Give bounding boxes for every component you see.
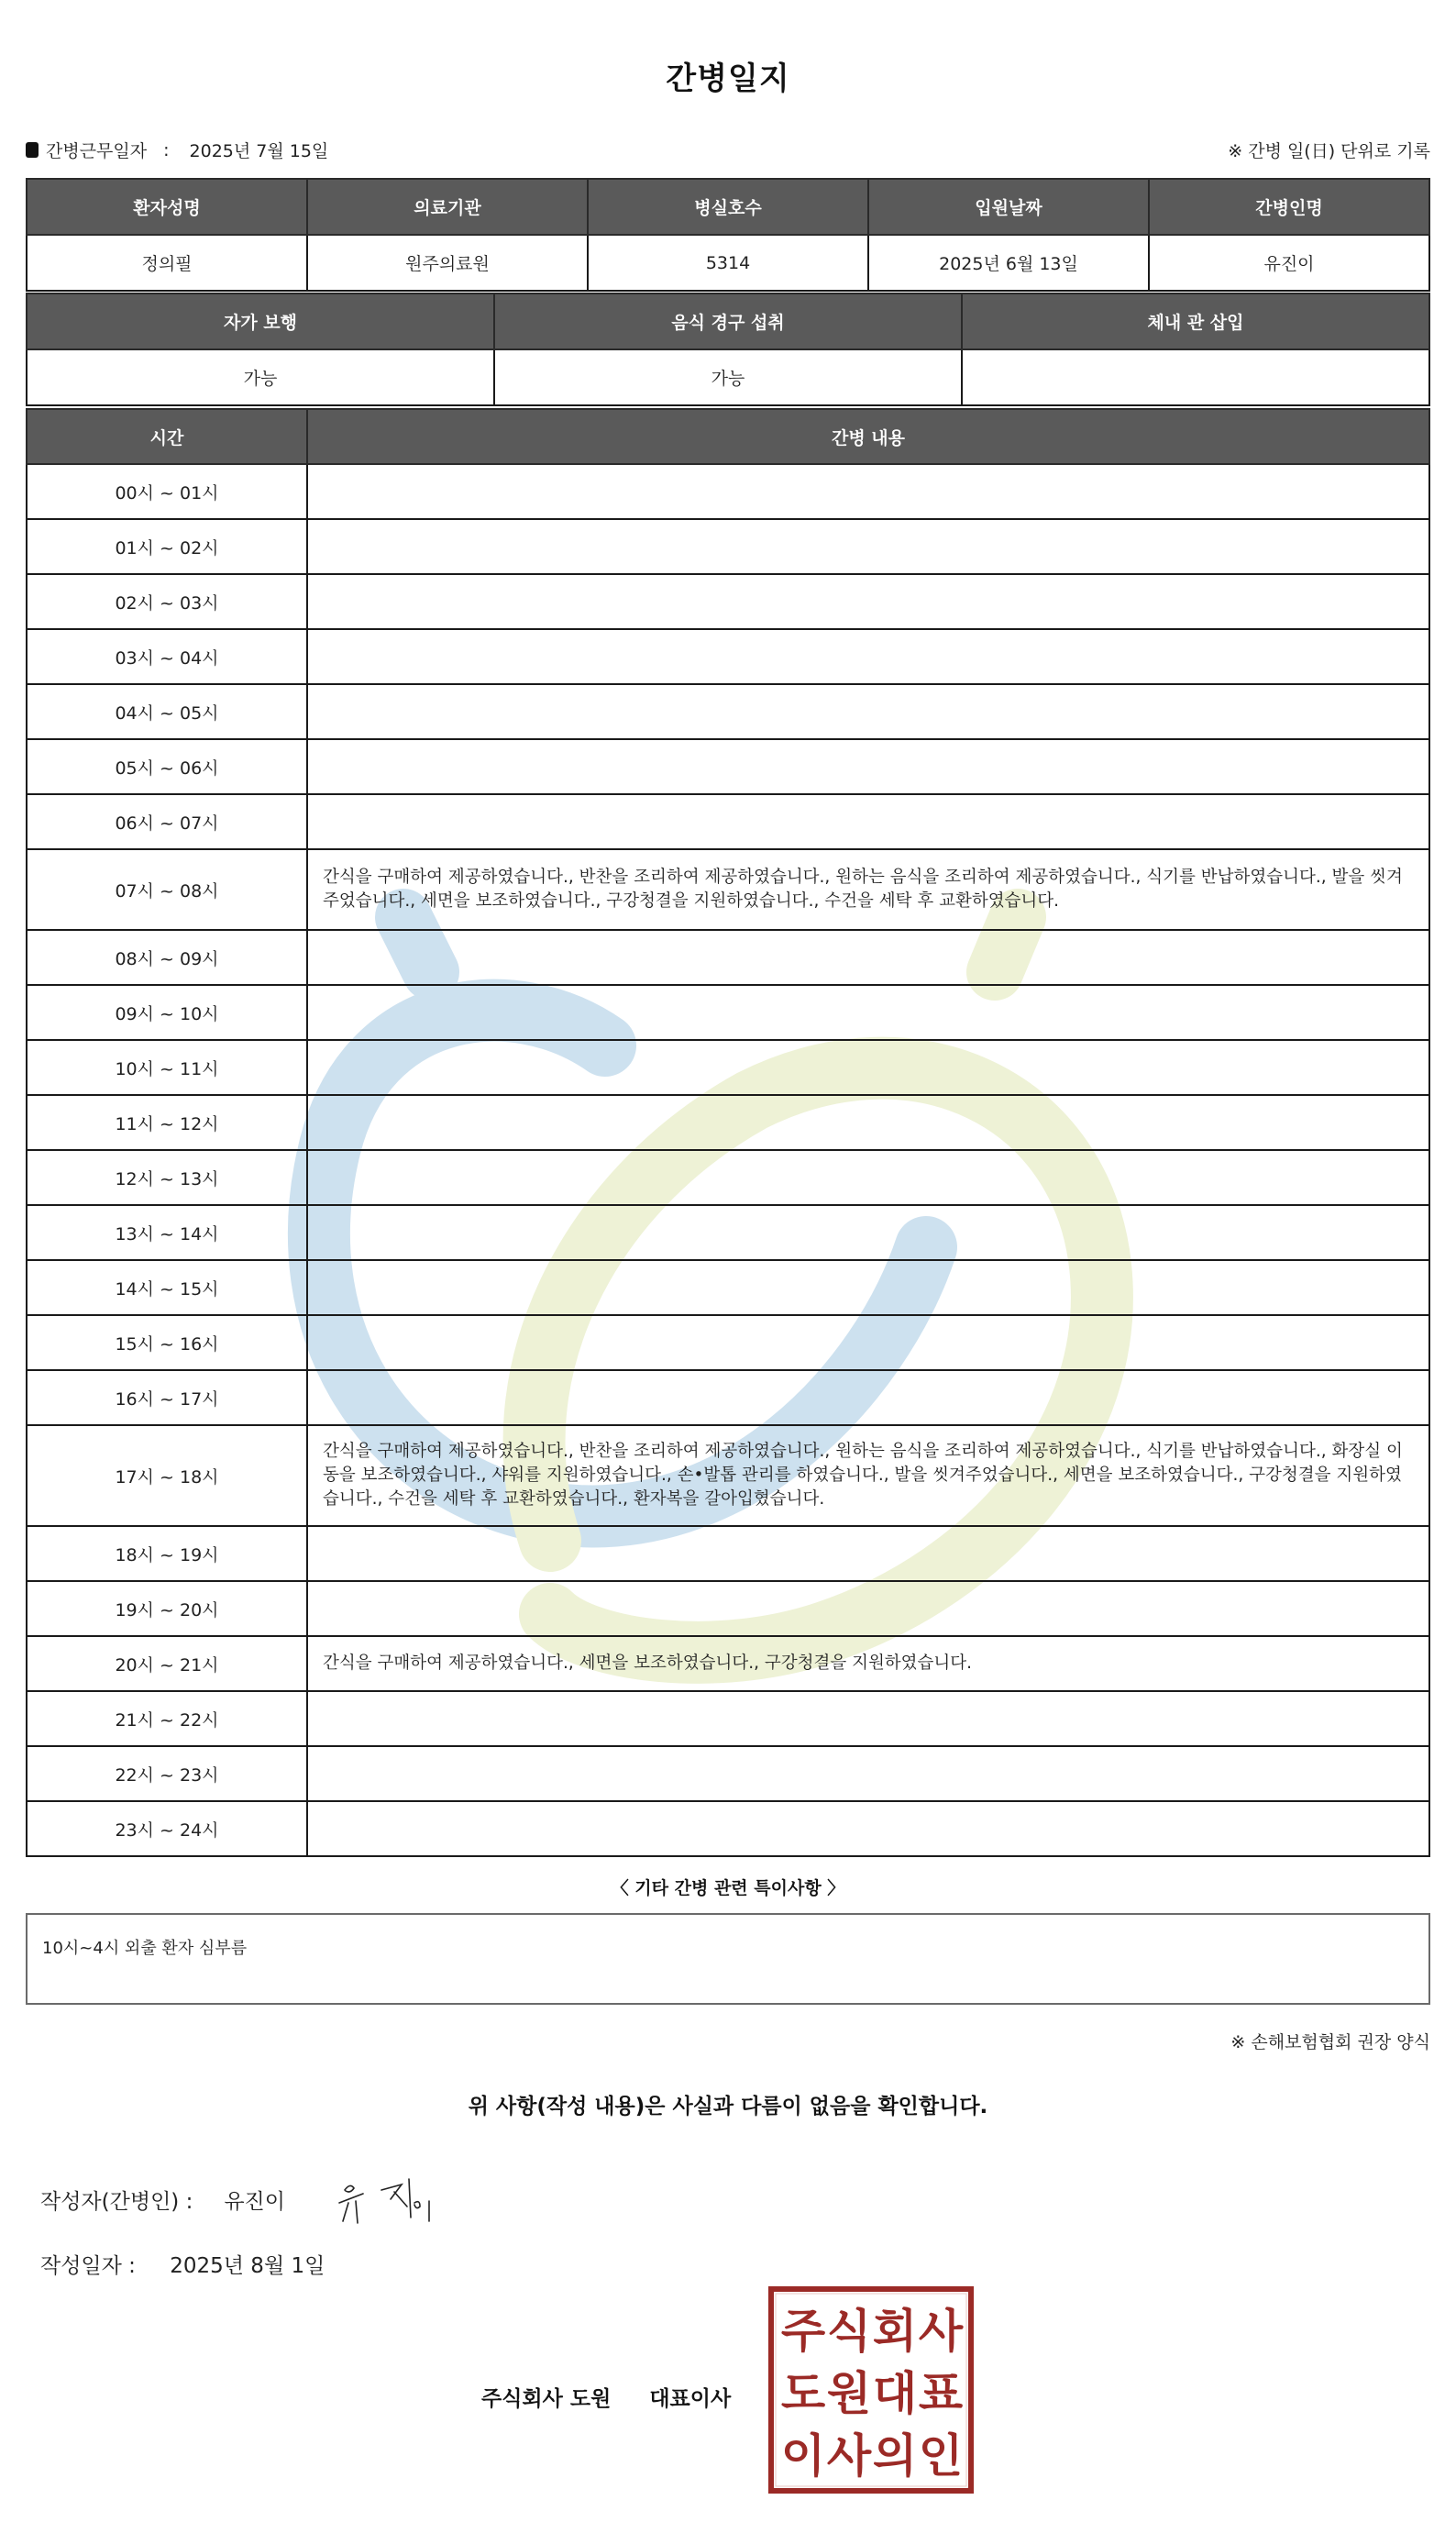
- recommendation-note: ※ 손해보험협회 권장 양식: [1230, 2029, 1430, 2053]
- care-content: 간식을 구매하여 제공하였습니다., 반찬을 조리하여 제공하였습니다., 원하…: [307, 1425, 1429, 1526]
- care-content: [307, 1370, 1429, 1425]
- table-row: 03시 ~ 04시: [27, 629, 1429, 684]
- header-time: 시간: [27, 409, 307, 464]
- care-content: [307, 1205, 1429, 1260]
- writer-label: 작성자(간병인) :: [40, 2185, 193, 2215]
- table-row: 15시 ~ 16시: [27, 1315, 1429, 1370]
- table-row: 18시 ~ 19시: [27, 1526, 1429, 1581]
- work-date: 간병근무일자 : 2025년 7월 15일: [26, 138, 328, 162]
- care-content: [307, 464, 1429, 519]
- time-slot: 01시 ~ 02시: [27, 519, 307, 574]
- table-row: 05시 ~ 06시: [27, 739, 1429, 794]
- time-slot: 04시 ~ 05시: [27, 684, 307, 739]
- table-row: 10시 ~ 11시: [27, 1040, 1429, 1095]
- care-content: [307, 574, 1429, 629]
- care-content: [307, 739, 1429, 794]
- work-date-colon: :: [163, 140, 169, 160]
- care-content: [307, 629, 1429, 684]
- table-row: 20시 ~ 21시간식을 구매하여 제공하였습니다., 세면을 보조하였습니다.…: [27, 1636, 1429, 1691]
- header-admission-date: 입원날짜: [868, 179, 1149, 235]
- table-row: 21시 ~ 22시: [27, 1691, 1429, 1746]
- care-content: 간식을 구매하여 제공하였습니다., 세면을 보조하였습니다., 구강청결을 지…: [307, 1636, 1429, 1691]
- care-content: 간식을 구매하여 제공하였습니다., 반찬을 조리하여 제공하였습니다., 원하…: [307, 849, 1429, 930]
- seal-character: 식: [827, 2305, 871, 2358]
- table-row: 06시 ~ 07시: [27, 794, 1429, 849]
- care-content: [307, 1150, 1429, 1205]
- table-row: 13시 ~ 14시: [27, 1205, 1429, 1260]
- table-row: 11시 ~ 12시: [27, 1095, 1429, 1150]
- seal-character: 표: [919, 2367, 964, 2420]
- time-slot: 20시 ~ 21시: [27, 1636, 307, 1691]
- time-slot: 18시 ~ 19시: [27, 1526, 307, 1581]
- care-content: [307, 519, 1429, 574]
- table-row: 19시 ~ 20시: [27, 1581, 1429, 1636]
- page-title: 간병일지: [0, 53, 1456, 98]
- table-row: 14시 ~ 15시: [27, 1260, 1429, 1315]
- table-row: 16시 ~ 17시: [27, 1370, 1429, 1425]
- care-content: [307, 1801, 1429, 1856]
- header-tube-insertion: 체내 관 삽입: [962, 293, 1429, 349]
- time-slot: 21시 ~ 22시: [27, 1691, 307, 1746]
- table-row: 08시 ~ 09시: [27, 930, 1429, 985]
- header-care-content: 간병 내용: [307, 409, 1429, 464]
- care-content: [307, 985, 1429, 1040]
- table-row: 22시 ~ 23시: [27, 1746, 1429, 1801]
- representative-title: 대표이사: [649, 2387, 731, 2411]
- header-oral-intake: 음식 경구 섭취: [494, 293, 962, 349]
- time-slot: 05시 ~ 06시: [27, 739, 307, 794]
- work-date-value: 2025년 7월 15일: [190, 138, 329, 162]
- header-caregiver-name: 간병인명: [1149, 179, 1429, 235]
- care-content: [307, 1260, 1429, 1315]
- hospital: 원주의료원: [307, 235, 588, 291]
- patient-info-table: 환자성명 의료기관 병실호수 입원날짜 간병인명 정의필 원주의료원 5314 …: [26, 178, 1430, 292]
- confirmation-statement: 위 사항(작성 내용)은 사실과 다름이 없음을 확인합니다.: [0, 2089, 1456, 2119]
- admission-date: 2025년 6월 13일: [868, 235, 1149, 291]
- seal-character: 원: [827, 2367, 871, 2420]
- seal-character: 사: [827, 2429, 872, 2483]
- time-slot: 11시 ~ 12시: [27, 1095, 307, 1150]
- time-slot: 09시 ~ 10시: [27, 985, 307, 1040]
- care-content: [307, 684, 1429, 739]
- time-slot: 00시 ~ 01시: [27, 464, 307, 519]
- signature-icon: [337, 2175, 493, 2232]
- seal-character: 도: [781, 2367, 826, 2420]
- seal-character: 의: [873, 2429, 917, 2483]
- writer-line: 작성자(간병인) : 유진이: [40, 2185, 285, 2215]
- seal-character: 사: [919, 2305, 964, 2358]
- table-row: 04시 ~ 05시: [27, 684, 1429, 739]
- care-content: [307, 1095, 1429, 1150]
- room-number: 5314: [588, 235, 868, 291]
- time-slot: 10시 ~ 11시: [27, 1040, 307, 1095]
- time-slot: 23시 ~ 24시: [27, 1801, 307, 1856]
- seal-character: 대: [873, 2367, 917, 2420]
- table-row: 12시 ~ 13시: [27, 1150, 1429, 1205]
- caregiver-name: 유진이: [1149, 235, 1429, 291]
- care-content: [307, 1746, 1429, 1801]
- seal-character: 인: [919, 2429, 963, 2483]
- care-content: [307, 930, 1429, 985]
- time-slot: 13시 ~ 14시: [27, 1205, 307, 1260]
- time-slot: 07시 ~ 08시: [27, 849, 307, 930]
- time-slot: 19시 ~ 20시: [27, 1581, 307, 1636]
- header-patient-name: 환자성명: [27, 179, 307, 235]
- write-date-label: 작성일자 :: [40, 2254, 136, 2278]
- seal-character: 회: [873, 2305, 917, 2358]
- patient-name: 정의필: [27, 235, 307, 291]
- notes-text: 10시~4시 외출 환자 심부름: [42, 1935, 247, 1959]
- time-slot: 12시 ~ 13시: [27, 1150, 307, 1205]
- unit-note: ※ 간병 일(日) 단위로 기록: [1228, 138, 1430, 162]
- oral-intake: 가능: [494, 349, 962, 405]
- self-walking: 가능: [27, 349, 494, 405]
- time-slot: 16시 ~ 17시: [27, 1370, 307, 1425]
- time-slot: 03시 ~ 04시: [27, 629, 307, 684]
- table-row: 00시 ~ 01시: [27, 464, 1429, 519]
- header-self-walking: 자가 보행: [27, 293, 494, 349]
- table-row: 01시 ~ 02시: [27, 519, 1429, 574]
- care-content: [307, 1526, 1429, 1581]
- table-row: 23시 ~ 24시: [27, 1801, 1429, 1856]
- time-slot: 08시 ~ 09시: [27, 930, 307, 985]
- company-line: 주식회사 도원 대표이사: [481, 2382, 731, 2412]
- care-content: [307, 1581, 1429, 1636]
- time-slot: 22시 ~ 23시: [27, 1746, 307, 1801]
- bullet-icon: [26, 142, 39, 158]
- care-log-table: 시간 간병 내용 00시 ~ 01시01시 ~ 02시02시 ~ 03시03시 …: [26, 408, 1430, 1857]
- table-row: 07시 ~ 08시간식을 구매하여 제공하였습니다., 반찬을 조리하여 제공하…: [27, 849, 1429, 930]
- care-content: [307, 1040, 1429, 1095]
- seal-character: 이: [781, 2429, 825, 2483]
- work-date-label: 간병근무일자: [46, 138, 147, 162]
- notes-title: 〈 기타 간병 관련 특이사항 〉: [0, 1875, 1456, 1899]
- company-seal-icon: 주식회사도원대표이사의인: [768, 2286, 974, 2494]
- care-content: [307, 1315, 1429, 1370]
- time-slot: 15시 ~ 16시: [27, 1315, 307, 1370]
- write-date-line: 작성일자 : 2025년 8월 1일: [40, 2249, 325, 2279]
- patient-status-table: 자가 보행 음식 경구 섭취 체내 관 삽입 가능 가능: [26, 293, 1430, 406]
- write-date-value: 2025년 8월 1일: [170, 2254, 325, 2278]
- time-slot: 17시 ~ 18시: [27, 1425, 307, 1526]
- table-row: 02시 ~ 03시: [27, 574, 1429, 629]
- seal-character: 주: [781, 2305, 826, 2358]
- time-slot: 14시 ~ 15시: [27, 1260, 307, 1315]
- time-slot: 02시 ~ 03시: [27, 574, 307, 629]
- time-slot: 06시 ~ 07시: [27, 794, 307, 849]
- care-content: [307, 794, 1429, 849]
- header-room-number: 병실호수: [588, 179, 868, 235]
- writer-name: 유진이: [224, 2185, 285, 2215]
- notes-box: 10시~4시 외출 환자 심부름: [26, 1913, 1430, 2005]
- tube-insertion: [962, 349, 1429, 405]
- company-name: 주식회사 도원: [481, 2387, 611, 2411]
- table-row: 09시 ~ 10시: [27, 985, 1429, 1040]
- header-hospital: 의료기관: [307, 179, 588, 235]
- care-content: [307, 1691, 1429, 1746]
- table-row: 17시 ~ 18시간식을 구매하여 제공하였습니다., 반찬을 조리하여 제공하…: [27, 1425, 1429, 1526]
